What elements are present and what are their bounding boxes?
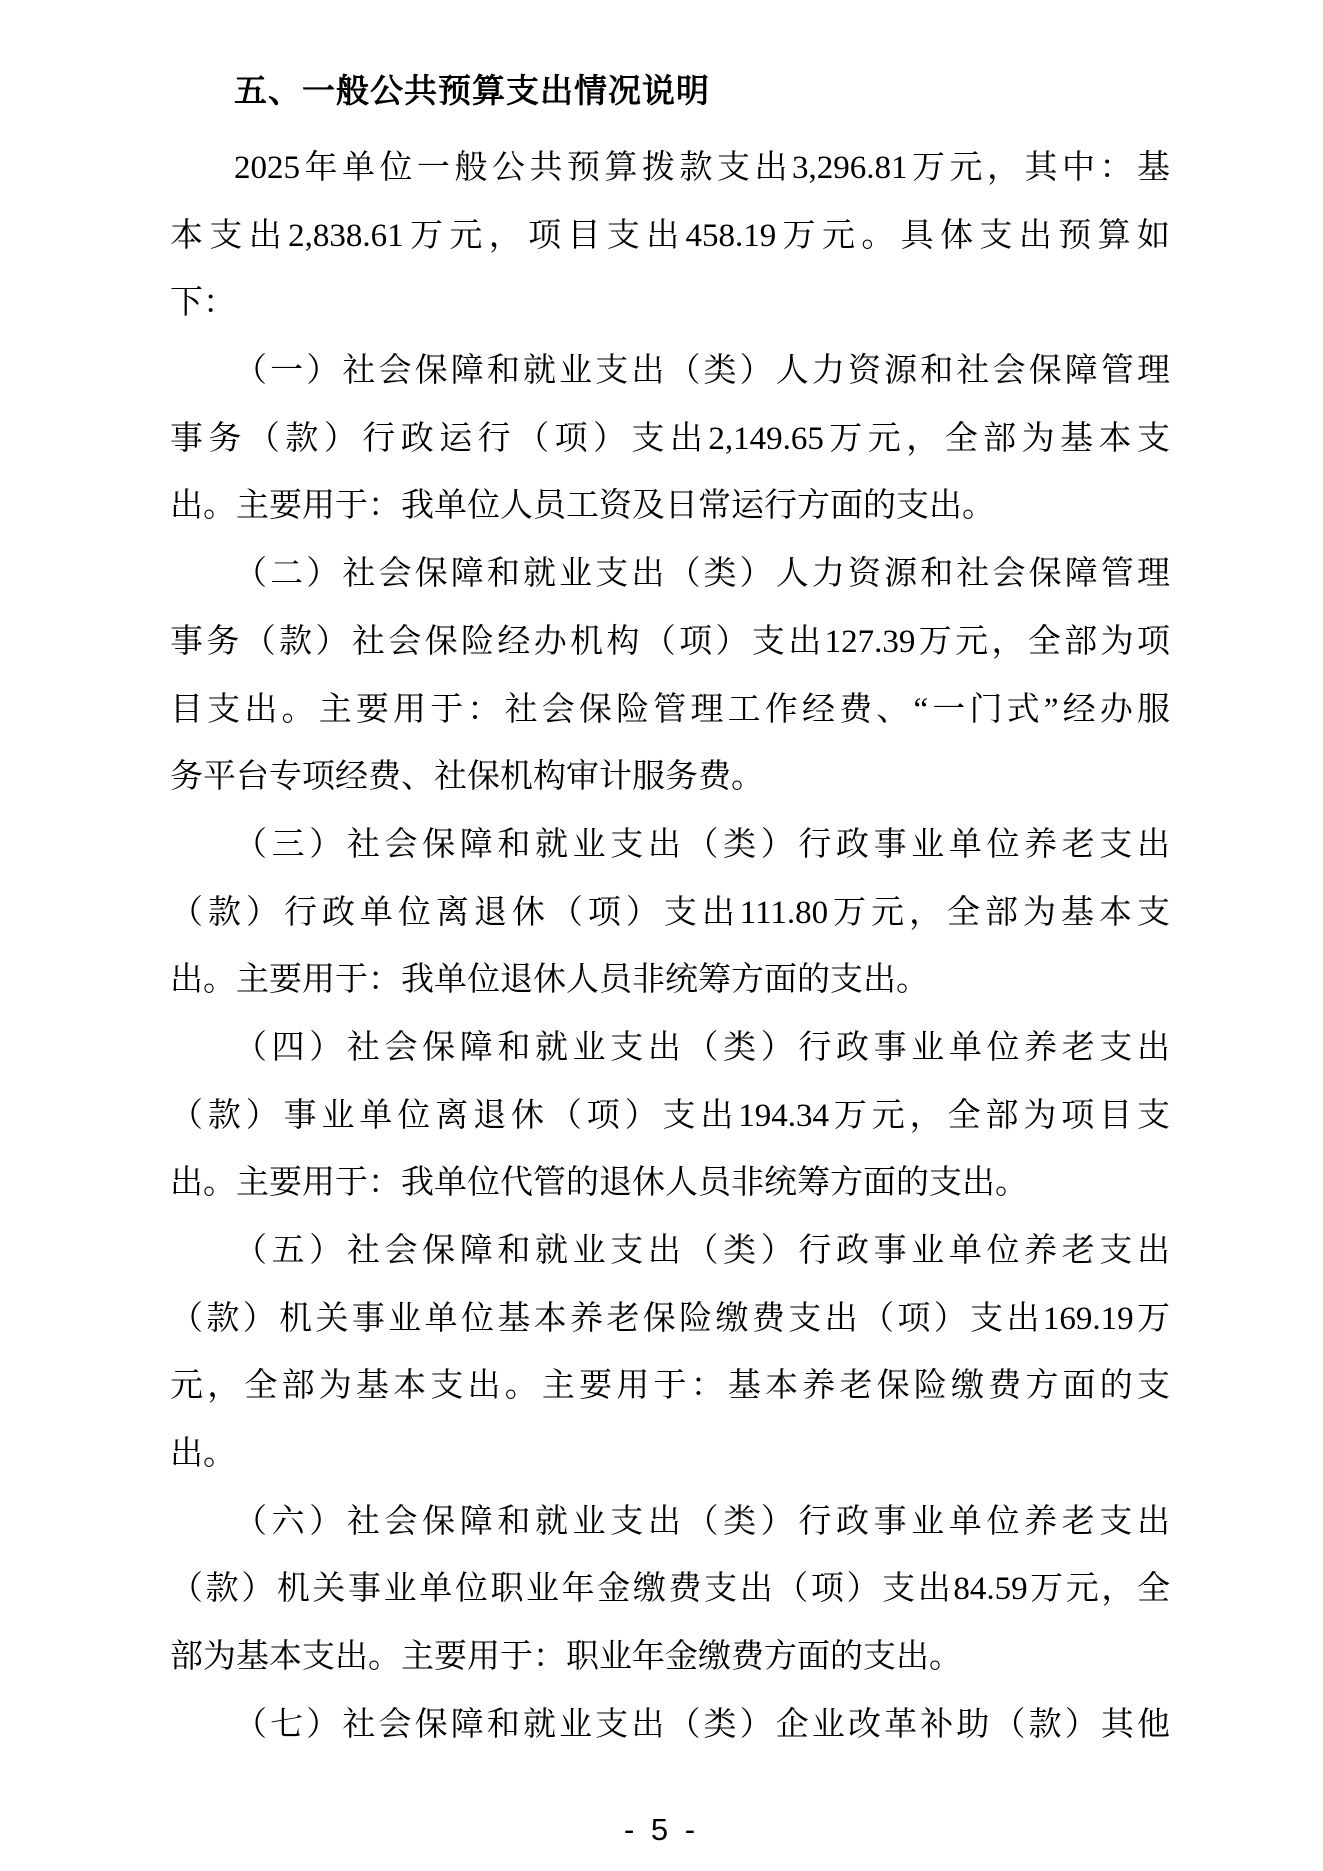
document-page: 五、一般公共预算支出情况说明 2025年单位一般公共预算拨款支出3,296.81…	[0, 0, 1323, 1871]
text-line: （一）社会保障和就业支出（类）人力资源和社会保障管理	[170, 338, 1170, 406]
text-line: 2025年单位一般公共预算拨款支出3,296.81万元，其中：基	[170, 135, 1170, 203]
text-line: 事务（款）行政运行（项）支出2,149.65万元，全部为基本支	[170, 406, 1170, 474]
page-title: 五、一般公共预算支出情况说明	[170, 57, 1170, 125]
text-line: （三）社会保障和就业支出（类）行政事业单位养老支出	[170, 812, 1170, 880]
document-content: 五、一般公共预算支出情况说明 2025年单位一般公共预算拨款支出3,296.81…	[170, 57, 1170, 1760]
text-line: 本支出2,838.61万元，项目支出458.19万元。具体支出预算如	[170, 203, 1170, 271]
text-line: （五）社会保障和就业支出（类）行政事业单位养老支出	[170, 1218, 1170, 1286]
text-line: 出。主要用于：我单位人员工资及日常运行方面的支出。	[170, 473, 1170, 541]
text-line: （六）社会保障和就业支出（类）行政事业单位养老支出	[170, 1489, 1170, 1557]
text-line: 部为基本支出。主要用于：职业年金缴费方面的支出。	[170, 1624, 1170, 1692]
text-line: （款）事业单位离退休（项）支出194.34万元，全部为项目支	[170, 1083, 1170, 1151]
document-body: 2025年单位一般公共预算拨款支出3,296.81万元，其中：基本支出2,838…	[170, 135, 1170, 1760]
text-line: （二）社会保障和就业支出（类）人力资源和社会保障管理	[170, 541, 1170, 609]
page-number: - 5 -	[0, 1812, 1323, 1848]
text-line: 事务（款）社会保险经办机构（项）支出127.39万元，全部为项	[170, 609, 1170, 677]
text-line: 务平台专项经费、社保机构审计服务费。	[170, 744, 1170, 812]
text-line: 元，全部为基本支出。主要用于：基本养老保险缴费方面的支	[170, 1353, 1170, 1421]
text-line: 目支出。主要用于：社会保险管理工作经费、“一门式”经办服	[170, 677, 1170, 745]
text-line: 出。主要用于：我单位代管的退休人员非统筹方面的支出。	[170, 1150, 1170, 1218]
text-line: （七）社会保障和就业支出（类）企业改革补助（款）其他	[170, 1692, 1170, 1760]
text-line: 出。主要用于：我单位退休人员非统筹方面的支出。	[170, 947, 1170, 1015]
text-line: （款）机关事业单位职业年金缴费支出（项）支出84.59万元，全	[170, 1556, 1170, 1624]
text-line: （款）行政单位离退休（项）支出111.80万元，全部为基本支	[170, 880, 1170, 948]
text-line: （款）机关事业单位基本养老保险缴费支出（项）支出169.19万	[170, 1286, 1170, 1354]
text-line: （四）社会保障和就业支出（类）行政事业单位养老支出	[170, 1015, 1170, 1083]
text-line: 下：	[170, 270, 1170, 338]
text-line: 出。	[170, 1421, 1170, 1489]
